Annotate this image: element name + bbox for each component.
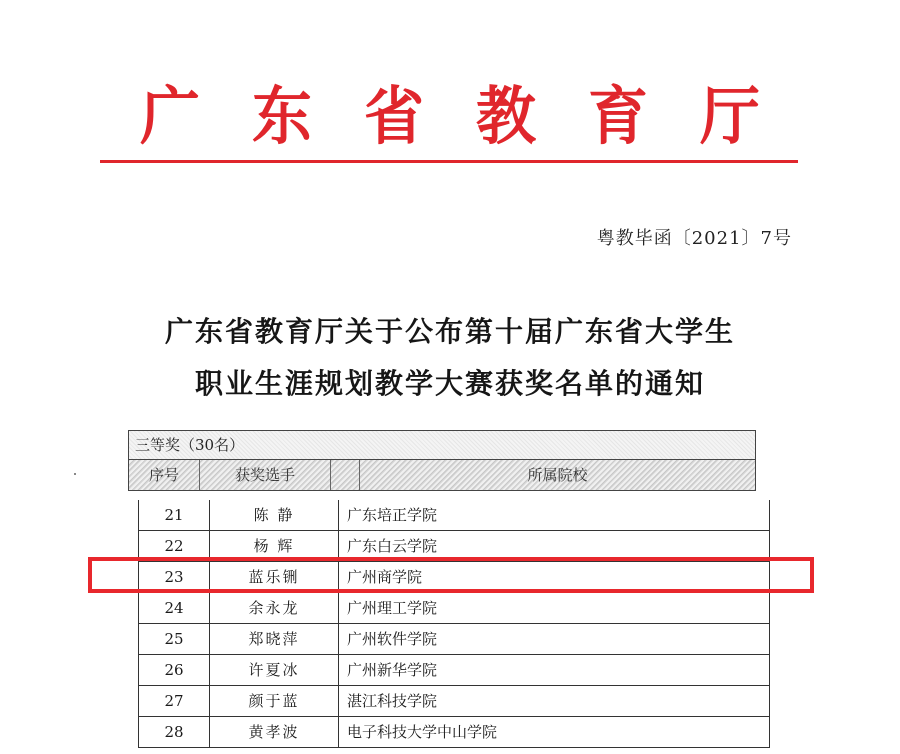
row-name: 陈 静 [210,500,339,530]
column-header-row: 序号 获奖选手 所属院校 [128,459,756,491]
row-school: 广州软件学院 [339,624,769,654]
table-row: 27 颜于蓝 湛江科技学院 [139,686,769,717]
row-name: 黄孝波 [210,717,339,747]
document-number: 粤教毕函〔2021〕7号 [597,224,792,250]
masthead: 广 东 省 教 育 厅 [100,72,800,162]
document-title-line-2: 职业生涯规划教学大赛获奖名单的通知 [100,362,800,402]
row-school: 湛江科技学院 [339,686,769,716]
table-row: 25 郑晓萍 广州软件学院 [139,624,769,655]
award-table-body: 21 陈 静 广东培正学院 22 杨 辉 广东白云学院 23 蓝乐铏 广州商学院… [138,500,770,748]
row-index: 24 [139,593,210,623]
masthead-char: 育 [588,86,648,149]
award-section-heading: 三等奖（30名） [128,430,756,459]
document-title-line-1: 广东省教育厅关于公布第十届广东省大学生 [100,310,800,350]
row-index: 25 [139,624,210,654]
highlight-annotation-box [88,557,814,593]
row-name: 颜于蓝 [210,686,339,716]
table-row: 28 黄孝波 电子科技大学中山学院 [139,717,769,748]
table-row: 24 余永龙 广州理工学院 [139,593,769,624]
masthead-char: 东 [252,86,312,149]
row-index: 27 [139,686,210,716]
row-school: 广州新华学院 [339,655,769,685]
masthead-char: 教 [476,86,536,149]
scan-speck [74,473,76,475]
column-header-name: 获奖选手 [200,460,331,490]
masthead-red-rule [100,160,798,163]
column-header-school: 所属院校 [360,460,755,490]
row-school: 广东培正学院 [339,500,769,530]
table-row: 21 陈 静 广东培正学院 [139,500,769,531]
column-header-spacer [331,460,360,490]
masthead-char: 广 [140,86,200,149]
table-row: 26 许夏冰 广州新华学院 [139,655,769,686]
row-school: 广州理工学院 [339,593,769,623]
award-table-header: 三等奖（30名） 序号 获奖选手 所属院校 [128,430,756,491]
row-name: 余永龙 [210,593,339,623]
masthead-char: 厅 [700,86,760,149]
row-index: 21 [139,500,210,530]
column-header-index: 序号 [129,460,200,490]
masthead-char: 省 [364,86,424,149]
row-school: 电子科技大学中山学院 [339,717,769,747]
row-index: 28 [139,717,210,747]
row-index: 26 [139,655,210,685]
row-name: 郑晓萍 [210,624,339,654]
row-name: 许夏冰 [210,655,339,685]
